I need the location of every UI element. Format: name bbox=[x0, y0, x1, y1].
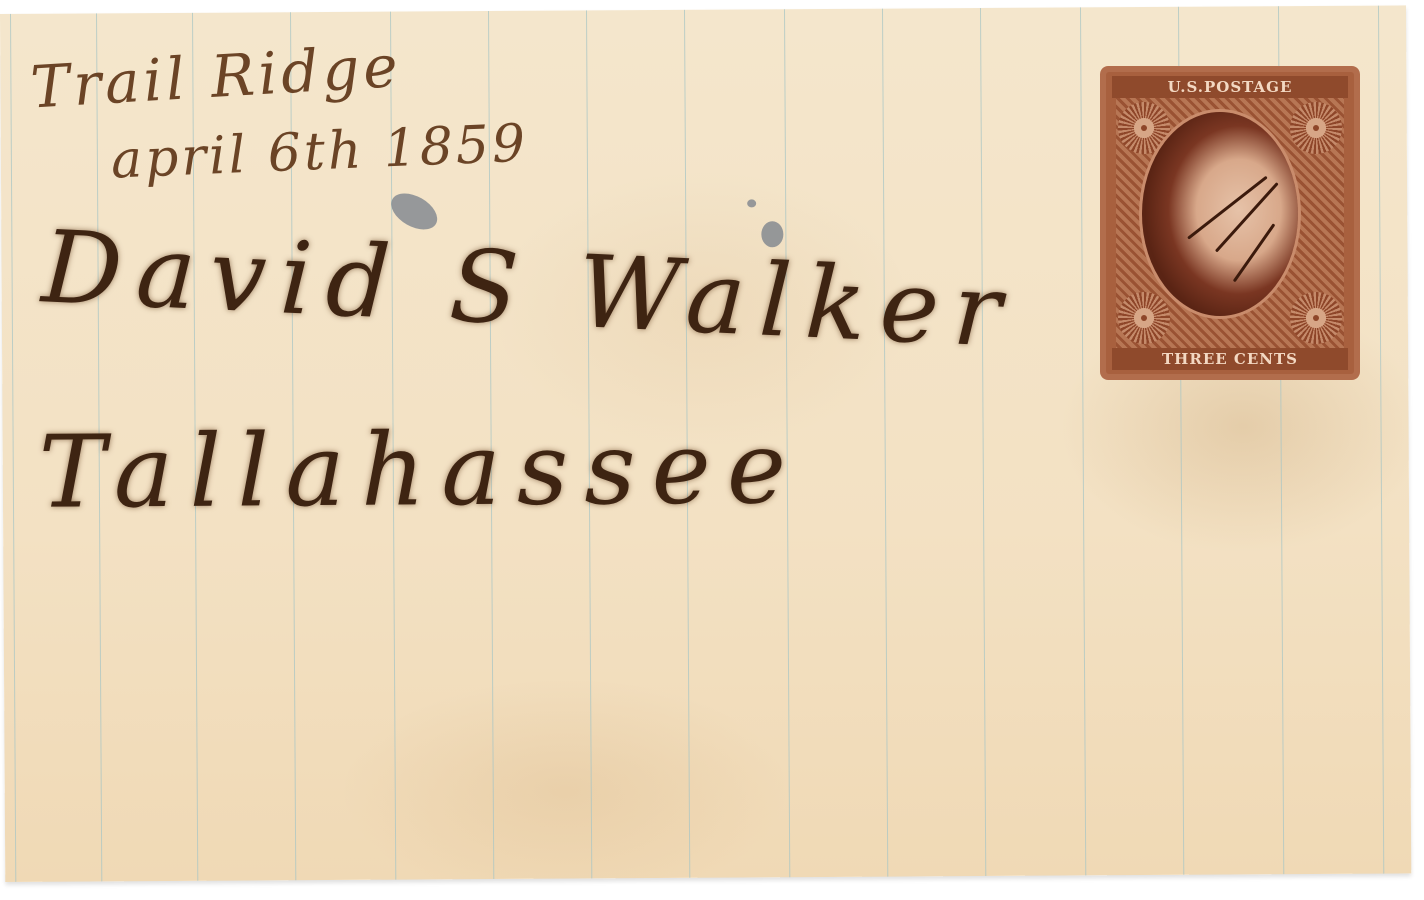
stamp-bottom-label: THREE CENTS bbox=[1112, 348, 1348, 370]
addressee-name: David S Walker bbox=[40, 208, 1018, 370]
ruling-line bbox=[882, 9, 888, 877]
addressee-city: Tallahassee bbox=[38, 409, 802, 531]
dateline-place: Trail Ridge bbox=[29, 32, 404, 122]
postage-stamp-icon: U.S.POSTAGE THREE CENTS bbox=[1106, 72, 1354, 374]
dateline-date: april 6th 1859 bbox=[110, 114, 529, 191]
ruling-line bbox=[10, 14, 16, 882]
stamp-rosette-icon bbox=[1290, 102, 1342, 154]
stamp-rosette-icon bbox=[1290, 292, 1342, 344]
ink-blot bbox=[747, 199, 756, 207]
stamp-rosette-icon bbox=[1118, 292, 1170, 344]
ruling-line bbox=[1080, 7, 1086, 875]
ruling-line bbox=[1378, 6, 1384, 874]
stamp-top-label: U.S.POSTAGE bbox=[1112, 76, 1348, 98]
ruling-line bbox=[980, 8, 986, 876]
